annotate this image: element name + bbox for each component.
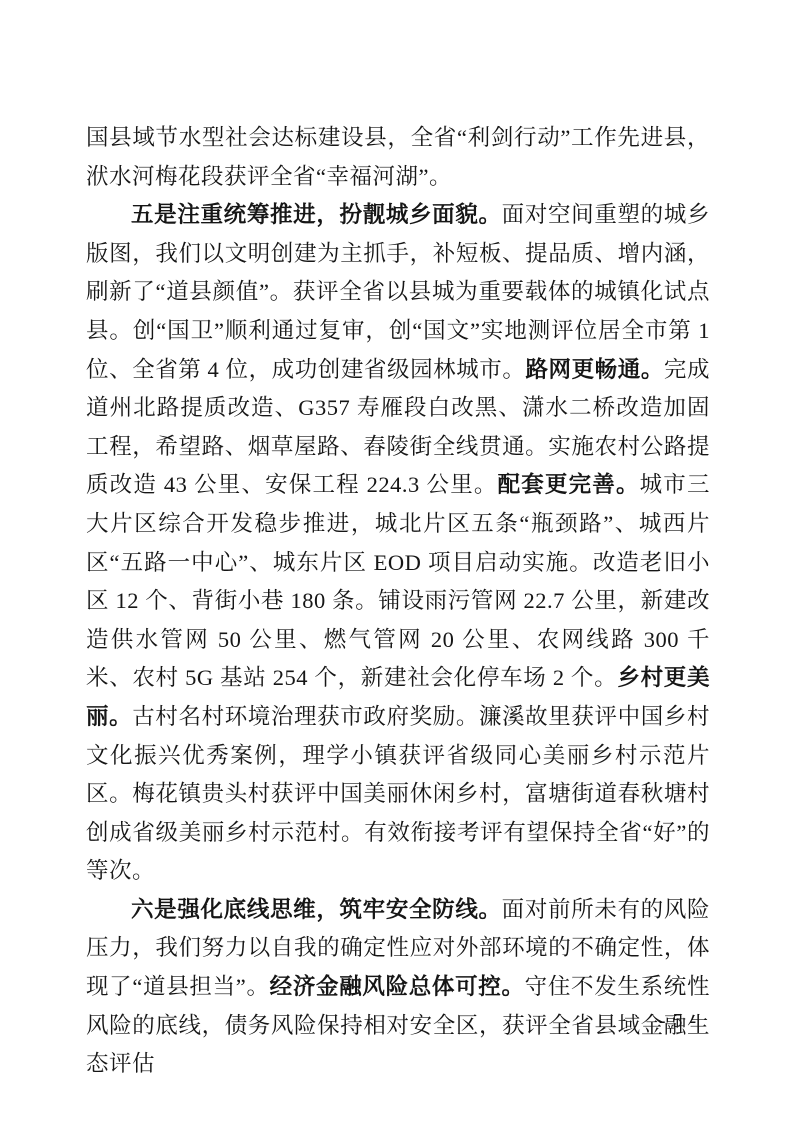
text-run: 面对空间重塑的城乡版图，我们以文明创建为主抓手，补短板、提品质、增内涵，刷新了“… bbox=[86, 202, 710, 381]
document-body: 国县域节水型社会达标建设县，全省“利剑行动”工作先进县，洑水河梅花段获评全省“幸… bbox=[86, 119, 710, 1084]
emphasis-text-run: 路网更畅通。 bbox=[525, 357, 663, 382]
paragraph: 国县域节水型社会达标建设县，全省“利剑行动”工作先进县，洑水河梅花段获评全省“幸… bbox=[86, 119, 710, 196]
text-run: 古村名村环境治理获市政府奖励。濂溪故里获评中国乡村文化振兴优秀案例，理学小镇获评… bbox=[86, 704, 710, 883]
emphasis-text-run: 五是注重统筹推进，扮靓城乡面貌。 bbox=[131, 202, 502, 227]
emphasis-text-run: 经济金融风险总体可控。 bbox=[270, 974, 525, 999]
text-run: 国县域节水型社会达标建设县，全省“利剑行动”工作先进县，洑水河梅花段获评全省“幸… bbox=[86, 125, 710, 189]
page-number: - 5 - bbox=[648, 1010, 708, 1033]
emphasis-text-run: 六是强化底线思维，筑牢安全防线。 bbox=[131, 897, 502, 922]
paragraph: 五是注重统筹推进，扮靓城乡面貌。面对空间重塑的城乡版图，我们以文明创建为主抓手，… bbox=[86, 196, 710, 891]
text-run: 城市三大片区综合开发稳步推进，城北片区五条“瓶颈路”、城西片区“五路一中心”、城… bbox=[86, 472, 710, 690]
emphasis-text-run: 配套更完善。 bbox=[498, 472, 640, 497]
paragraph: 六是强化底线思维，筑牢安全防线。面对前所未有的风险压力，我们努力以自我的确定性应… bbox=[86, 891, 710, 1084]
document-page: 国县域节水型社会达标建设县，全省“利剑行动”工作先进县，洑水河梅花段获评全省“幸… bbox=[0, 0, 793, 1122]
